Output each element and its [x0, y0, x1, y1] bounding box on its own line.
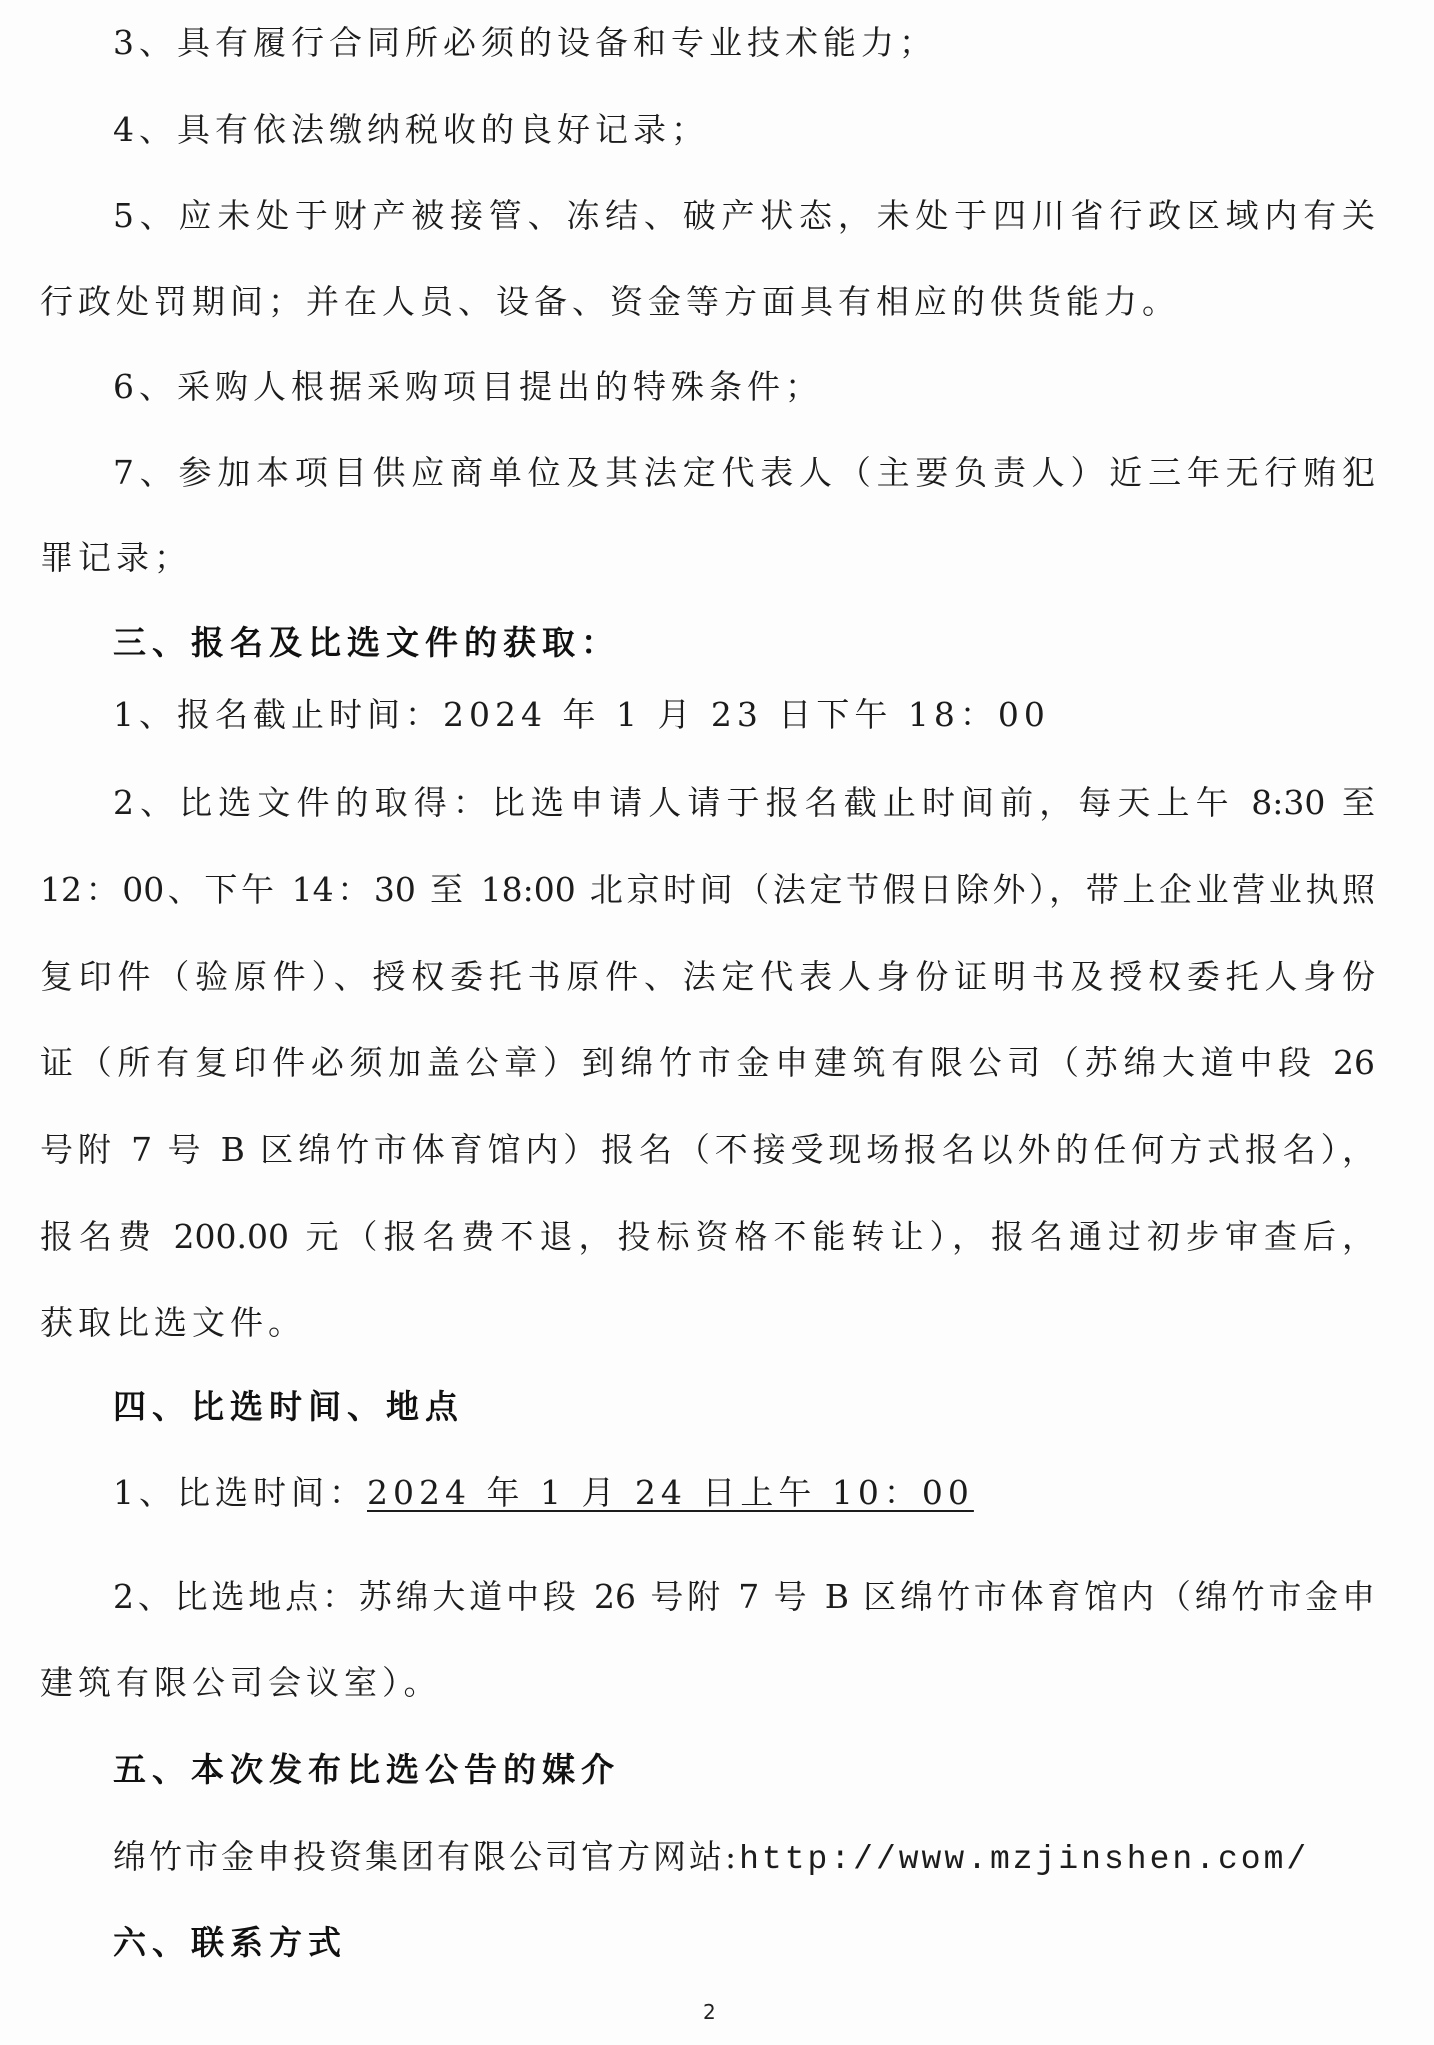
document-acquisition-cont-3: 证（所有复印件必须加盖公章）到绵竹市金申建筑有限公司（苏绵大道中段 26: [40, 1041, 1375, 1085]
requirement-7-cont: 罪记录；: [40, 536, 192, 580]
requirement-6: 6、采购人根据采购项目提出的特殊条件；: [113, 365, 823, 409]
section-5-heading: 五、本次发布比选公告的媒介: [113, 1748, 620, 1792]
section-6-heading: 六、联系方式: [113, 1921, 347, 1965]
selection-location-cont: 建筑有限公司会议室）。: [40, 1661, 442, 1705]
media-label: 绵竹市金申投资集团有限公司官方网站:: [113, 1837, 739, 1876]
media-line: 绵竹市金申投资集团有限公司官方网站:http://www.mzjinshen.c…: [113, 1835, 1309, 1879]
document-acquisition-cont-2: 复印件（验原件）、授权委托书原件、法定代表人身份证明书及授权委托人身份: [40, 955, 1375, 999]
page-number: 2: [703, 2000, 716, 2024]
requirement-7: 7、参加本项目供应商单位及其法定代表人（主要负责人）近三年无行贿犯: [113, 451, 1375, 495]
section-4-heading: 四、比选时间、地点: [113, 1385, 464, 1429]
section-3-heading: 三、报名及比选文件的获取：: [113, 621, 620, 665]
website-link[interactable]: http://www.mzjinshen.com/: [739, 1841, 1309, 1878]
document-acquisition: 2、比选文件的取得：比选申请人请于报名截止时间前，每天上午 8:30 至: [113, 781, 1375, 825]
selection-time-value: 2024 年 1 月 24 日上午 10：00: [367, 1473, 974, 1512]
selection-location: 2、比选地点：苏绵大道中段 26 号附 7 号 B 区绵竹市体育馆内（绵竹市金申: [113, 1575, 1375, 1619]
document-acquisition-cont-1: 12：00、下午 14：30 至 18:00 北京时间（法定节假日除外），带上企…: [40, 868, 1375, 912]
registration-deadline: 1、报名截止时间：2024 年 1 月 23 日下午 18：00: [113, 693, 1050, 737]
requirement-5-cont: 行政处罚期间；并在人员、设备、资金等方面具有相应的供货能力。: [40, 280, 1180, 324]
selection-time-label: 1、比选时间：: [113, 1473, 367, 1512]
document-acquisition-cont-4: 号附 7 号 B 区绵竹市体育馆内）报名（不接受现场报名以外的任何方式报名），: [40, 1128, 1375, 1172]
selection-time: 1、比选时间：2024 年 1 月 24 日上午 10：00: [113, 1471, 974, 1515]
requirement-5: 5、应未处于财产被接管、冻结、破产状态，未处于四川省行政区域内有关: [113, 194, 1375, 238]
requirement-3: 3、具有履行合同所必须的设备和专业技术能力；: [113, 21, 937, 65]
document-acquisition-cont-5: 报名费 200.00 元（报名费不退，投标资格不能转让），报名通过初步审查后，: [40, 1215, 1375, 1259]
document-acquisition-cont-6: 获取比选文件。: [40, 1301, 306, 1345]
requirement-4: 4、具有依法缴纳税收的良好记录；: [113, 108, 709, 152]
